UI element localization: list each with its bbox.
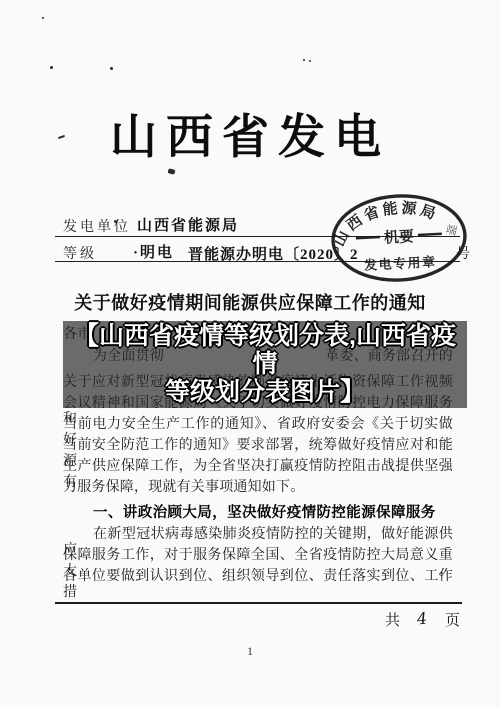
section-line: 保障服务工作，对于服务保障全国、全省疫情防控大局意义重大。: [63, 548, 453, 565]
notice-title: 关于做好疫情期间能源供应保障工作的通知: [0, 289, 500, 315]
section-line: 在新型冠状病毒感染肺炎疫情防控的关键期，做好能源供应: [63, 527, 453, 544]
field-value-grade: ·明电: [133, 241, 174, 262]
scan-speck: [303, 59, 305, 61]
telegram-masthead-title: 山西省发电: [0, 100, 500, 167]
stamp-left-dash: [356, 237, 380, 238]
page-count-number: 4: [416, 609, 428, 631]
official-stamp: 山西省能源局 机要 发电专用章: [326, 188, 473, 287]
body-line: 当前安全防范工作的通知》要求部署，统筹做好疫情应对和能源: [63, 438, 453, 455]
body-line: 力服务保障，现就有关事项通知如下。: [63, 480, 453, 497]
scan-speck: [42, 17, 44, 19]
caption-overlay: 【山西省疫情等级划分表,山西省疫情 等级划分表图片】: [63, 321, 467, 408]
field-label-grade: 等级: [63, 243, 97, 263]
scan-speck: [50, 66, 53, 69]
page-number: 1: [0, 644, 500, 659]
stamp-center-text: 机要: [383, 227, 414, 247]
scan-speck: [309, 60, 311, 62]
scan-speck: [110, 67, 113, 70]
stamp-right-dash: [418, 234, 442, 235]
footer-rule: [55, 602, 462, 604]
stamp-bottom-text: 发电专用章: [363, 254, 437, 273]
caption-line-2: 等级划分表图片】: [63, 378, 467, 406]
section-heading: 一、讲政治顾大局，坚决做好疫情防控能源保障服务: [63, 505, 453, 522]
scan-speck: [167, 168, 175, 175]
body-line: 当前电力安全生产工作的通知》、省政府安委会《关于切实做好: [63, 417, 453, 434]
page-count-prefix: 共: [385, 609, 400, 630]
page-count: 共 4 页: [385, 609, 460, 630]
section-line: 各单位要做到认识到位、组织领导到位、责任落实到位、工作措: [63, 569, 453, 586]
field-label-sending-unit: 发电单位: [63, 216, 131, 236]
caption-line-1: 【山西省疫情等级划分表,山西省疫情: [63, 322, 467, 378]
scanned-telegram-page: 山西省发电 发电单位 山西省能源局 等级 ·明电 晋能源办明电〔2020〕2 号…: [0, 0, 500, 707]
field-value-sending-unit: 山西省能源局: [137, 214, 239, 235]
page-count-unit: 页: [445, 609, 460, 630]
body-line: 生产供应保障工作，为全省坚决打赢疫情防控阻击战提供坚强有: [63, 459, 453, 476]
